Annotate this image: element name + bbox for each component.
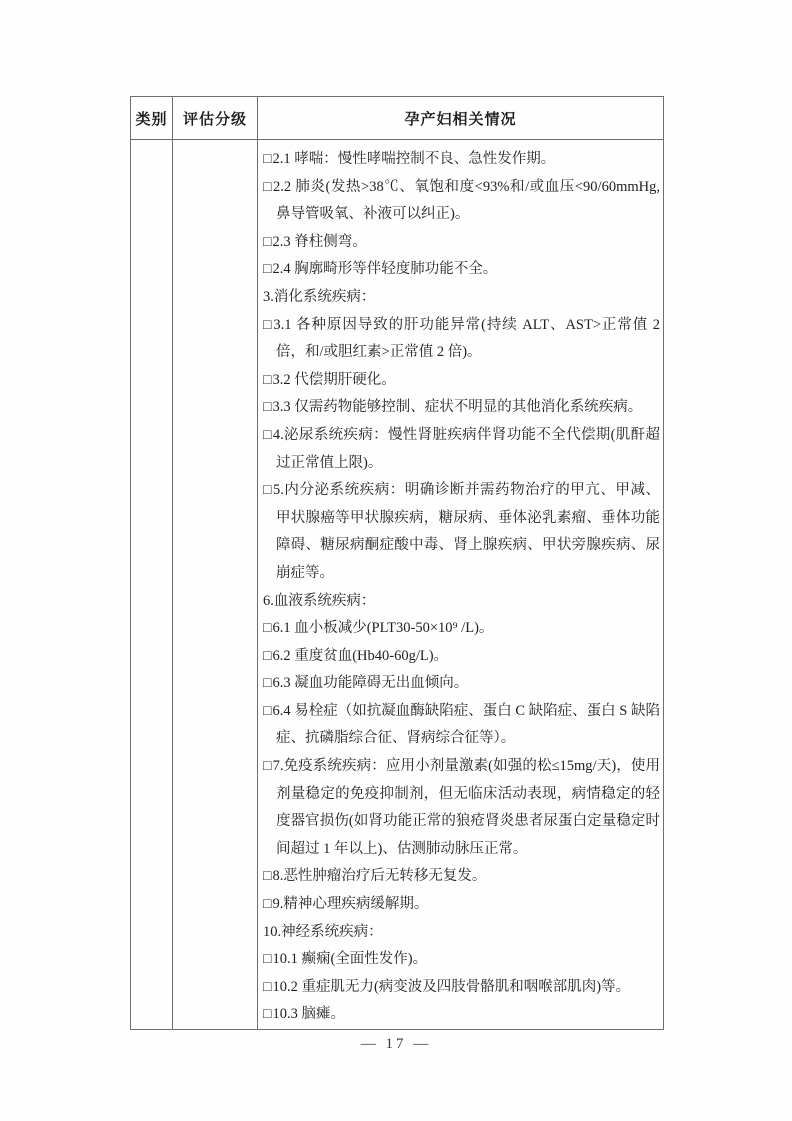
checkbox-icon: □ xyxy=(263,400,271,415)
condition-item: □2.4 胸廓畸形等伴轻度肺功能不全。 xyxy=(263,256,660,284)
condition-text: 10.1 癫痫(全面性发作)。 xyxy=(272,951,427,967)
condition-text: 3.1 各种原因导致的肝功能异常(持续 ALT、AST>正常值 2 倍，和/或胆… xyxy=(273,317,660,361)
condition-item: □10.神经系统疾病： xyxy=(263,919,660,947)
condition-item: □10.1 癫痫(全面性发作)。 xyxy=(263,946,660,974)
condition-item: □7.免疫系统疾病：应用小剂量激素(如强的松≤15mg/天)，使用剂量稳定的免疫… xyxy=(263,753,660,863)
checkbox-icon: □ xyxy=(263,152,271,167)
condition-text: 6.4 易栓症（如抗凝血酶缺陷症、蛋白 C 缺陷症、蛋白 S 缺陷症、抗磷脂综合… xyxy=(272,703,660,747)
checkbox-icon: □ xyxy=(263,318,272,333)
checkbox-icon: □ xyxy=(263,262,271,277)
condition-item: □6.3 凝血功能障碍无出血倾向。 xyxy=(263,670,660,698)
condition-text: 2.4 胸廓畸形等伴轻度肺功能不全。 xyxy=(272,261,497,277)
table-body-row: □2.1 哮喘：慢性哮喘控制不良、急性发作期。 □2.2 肺炎(发热>38℃、氧… xyxy=(131,140,664,1030)
condition-item: □6.4 易栓症（如抗凝血酶缺陷症、蛋白 C 缺陷症、蛋白 S 缺陷症、抗磷脂综… xyxy=(263,698,660,753)
condition-text: 4.泌尿系统疾病：慢性肾脏疾病伴肾功能不全代偿期(肌酐超过正常值上限)。 xyxy=(273,427,660,471)
checkbox-icon: □ xyxy=(263,373,271,388)
condition-item: □3.2 代偿期肝硬化。 xyxy=(263,367,660,395)
condition-text: 2.2 肺炎(发热>38℃、氧饱和度<93%和/或血压<90/60mmHg,鼻导… xyxy=(273,179,660,223)
condition-item: □10.2 重症肌无力(病变波及四肢骨骼肌和咽喉部肌肉)等。 xyxy=(263,974,660,1002)
condition-text: 10.2 重症肌无力(病变波及四肢骨骼肌和咽喉部肌肉)等。 xyxy=(272,979,630,995)
condition-text: 6.血液系统疾病： xyxy=(263,593,375,609)
condition-item: □2.3 脊柱侧弯。 xyxy=(263,229,660,257)
situation-cell: □2.1 哮喘：慢性哮喘控制不良、急性发作期。 □2.2 肺炎(发热>38℃、氧… xyxy=(258,140,664,1030)
condition-text: 9.精神心理疾病缓解期。 xyxy=(272,896,428,912)
condition-text: 10.3 脑瘫。 xyxy=(272,1006,345,1022)
condition-item: □3.3 仅需药物能够控制、症状不明显的其他消化系统疾病。 xyxy=(263,394,660,422)
condition-item: □3.1 各种原因导致的肝功能异常(持续 ALT、AST>正常值 2 倍，和/或… xyxy=(263,312,660,367)
checkbox-icon: □ xyxy=(263,897,271,912)
col-header-maternal-situation: 孕产妇相关情况 xyxy=(258,97,664,140)
checkbox-icon: □ xyxy=(263,235,271,250)
condition-text: 6.1 血小板减少(PLT30-50×10⁹ /L)。 xyxy=(272,620,493,636)
condition-text: 3.3 仅需药物能够控制、症状不明显的其他消化系统疾病。 xyxy=(272,399,642,415)
condition-text: 6.2 重度贫血(Hb40-60g/L)。 xyxy=(272,648,448,664)
condition-item: □8.恶性肿瘤治疗后无转移无复发。 xyxy=(263,863,660,891)
condition-text: 6.3 凝血功能障碍无出血倾向。 xyxy=(272,675,468,691)
grade-cell xyxy=(173,140,258,1030)
checkbox-icon: □ xyxy=(263,180,272,195)
category-cell xyxy=(131,140,173,1030)
condition-text: 3.2 代偿期肝硬化。 xyxy=(272,372,395,388)
col-header-grade: 评估分级 xyxy=(173,97,258,140)
page-number: — 17 — xyxy=(0,1036,792,1053)
condition-text: 3.消化系统疾病： xyxy=(263,289,375,305)
checkbox-icon: □ xyxy=(263,483,272,498)
checkbox-icon: □ xyxy=(263,704,271,719)
condition-item: □2.2 肺炎(发热>38℃、氧饱和度<93%和/或血压<90/60mmHg,鼻… xyxy=(263,174,660,229)
checkbox-icon: □ xyxy=(263,621,271,636)
condition-text: 8.恶性肿瘤治疗后无转移无复发。 xyxy=(272,868,486,884)
condition-item: □2.1 哮喘：慢性哮喘控制不良、急性发作期。 xyxy=(263,146,660,174)
checkbox-icon: □ xyxy=(263,980,271,995)
checkbox-icon: □ xyxy=(263,649,271,664)
checkbox-icon: □ xyxy=(263,869,271,884)
document-page: 类别 评估分级 孕产妇相关情况 □2.1 哮喘：慢性哮喘控制不良、急性发作期。 … xyxy=(0,0,792,1121)
condition-item: □6.2 重度贫血(Hb40-60g/L)。 xyxy=(263,643,660,671)
condition-item: □5.内分泌系统疾病：明确诊断并需药物治疗的甲亢、甲减、甲状腺癌等甲状腺疾病，糖… xyxy=(263,477,660,587)
checkbox-icon: □ xyxy=(263,676,271,691)
table-header-row: 类别 评估分级 孕产妇相关情况 xyxy=(131,97,664,140)
col-header-category: 类别 xyxy=(131,97,173,140)
checkbox-icon: □ xyxy=(263,1007,271,1022)
condition-text: 7.免疫系统疾病：应用小剂量激素(如强的松≤15mg/天)，使用剂量稳定的免疫抑… xyxy=(273,758,660,857)
condition-text: 2.3 脊柱侧弯。 xyxy=(272,234,366,250)
condition-list: □2.1 哮喘：慢性哮喘控制不良、急性发作期。 □2.2 肺炎(发热>38℃、氧… xyxy=(263,146,660,1029)
condition-item: □10.3 脑瘫。 xyxy=(263,1001,660,1029)
condition-item: □6.血液系统疾病： xyxy=(263,588,660,616)
condition-item: □4.泌尿系统疾病：慢性肾脏疾病伴肾功能不全代偿期(肌酐超过正常值上限)。 xyxy=(263,422,660,477)
condition-item: □3.消化系统疾病： xyxy=(263,284,660,312)
condition-item: □9.精神心理疾病缓解期。 xyxy=(263,891,660,919)
condition-text: 5.内分泌系统疾病：明确诊断并需药物治疗的甲亢、甲减、甲状腺癌等甲状腺疾病，糖尿… xyxy=(273,482,660,581)
condition-text: 2.1 哮喘：慢性哮喘控制不良、急性发作期。 xyxy=(272,151,555,167)
checkbox-icon: □ xyxy=(263,428,272,443)
checkbox-icon: □ xyxy=(263,759,272,774)
assessment-table: 类别 评估分级 孕产妇相关情况 □2.1 哮喘：慢性哮喘控制不良、急性发作期。 … xyxy=(130,96,664,1030)
condition-text: 10.神经系统疾病： xyxy=(263,924,383,940)
condition-item: □6.1 血小板减少(PLT30-50×10⁹ /L)。 xyxy=(263,615,660,643)
checkbox-icon: □ xyxy=(263,952,271,967)
